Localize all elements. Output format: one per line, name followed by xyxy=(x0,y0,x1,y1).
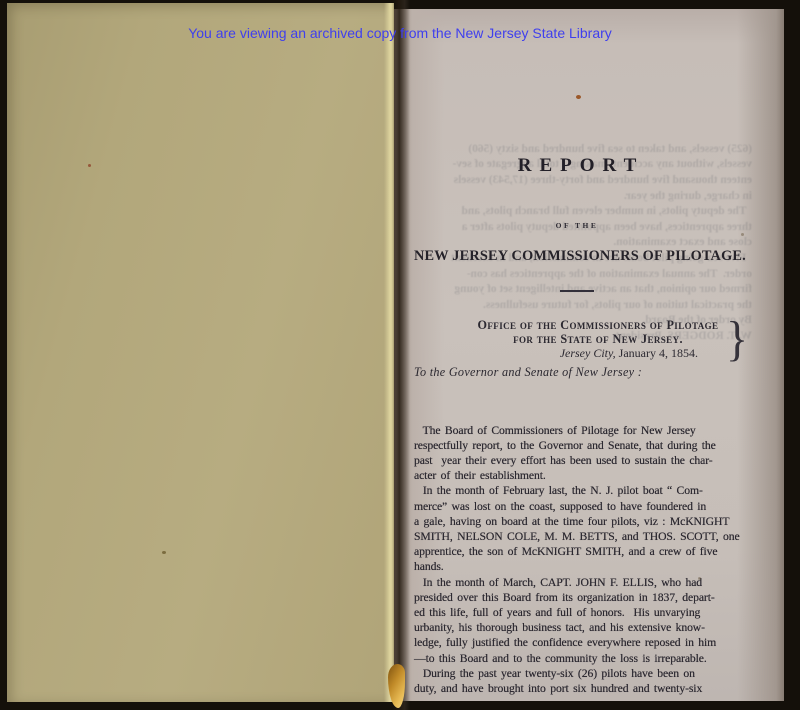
of-the-label: OF THE xyxy=(414,221,740,230)
paper-speck xyxy=(162,551,166,554)
office-line-2: for the State of New Jersey. xyxy=(472,333,724,347)
body-line: respectfully report, to the Governor and… xyxy=(414,438,750,453)
body-line: apprentice, the son of McKNIGHT SMITH, a… xyxy=(414,544,750,559)
paper-speck xyxy=(698,577,701,580)
paper-speck xyxy=(741,233,744,236)
paper-speck xyxy=(88,164,91,167)
dateline-date: January 4, 1854. xyxy=(616,346,698,360)
body-line: presided over this Board from its organi… xyxy=(414,590,750,605)
body-line: merce” was lost on the coast, supposed t… xyxy=(414,499,750,514)
dateline: Jersey City, January 4, 1854. xyxy=(472,347,724,361)
office-address-block: Office of the Commissioners of Pilotage … xyxy=(472,319,724,361)
body-line: —to this Board and to the community the … xyxy=(414,651,750,666)
main-heading: NEW JERSEY COMMISSIONERS OF PILOTAGE. xyxy=(414,248,740,265)
office-line-1: Office of the Commissioners of Pilotage xyxy=(472,319,724,333)
body-line: ledge, fully justified the confidence ev… xyxy=(414,635,750,650)
body-line: In the month of February last, the N. J.… xyxy=(414,483,750,498)
paper-speck xyxy=(576,95,581,99)
book-gutter-shadow xyxy=(392,0,410,710)
body-line: The Board of Commissioners of Pilotage f… xyxy=(414,423,750,438)
heading-rule xyxy=(560,290,594,292)
dateline-place: Jersey City, xyxy=(560,346,616,360)
body-line: During the past year twenty-six (26) pil… xyxy=(414,666,750,681)
body-line: a gale, having on board at the time four… xyxy=(414,514,750,529)
bleedthrough-text: (625) vessels, and taken to sea five hun… xyxy=(422,95,752,345)
body-line: urbanity, his thorough business tact, an… xyxy=(414,620,750,635)
body-line: past year their every effort has been us… xyxy=(414,453,750,468)
body-line: hands. xyxy=(414,559,750,574)
page-title: REPORT xyxy=(414,155,740,177)
archive-banner: You are viewing an archived copy from th… xyxy=(0,25,800,41)
body-line: SMITH, NELSON COLE, M. M. BETTS, and THO… xyxy=(414,529,750,544)
body-line: duty, and have brought into port six hun… xyxy=(414,681,750,696)
scanned-book-spread: (625) vessels, and taken to sea five hun… xyxy=(0,0,800,710)
body-line: acter of their establishment. xyxy=(414,468,750,483)
title-page: (625) vessels, and taken to sea five hun… xyxy=(394,9,784,701)
left-blank-page xyxy=(7,3,394,702)
body-line: ed this life, full of years and full of … xyxy=(414,605,750,620)
curly-brace-icon: } xyxy=(726,311,748,367)
body-text: The Board of Commissioners of Pilotage f… xyxy=(414,377,750,696)
